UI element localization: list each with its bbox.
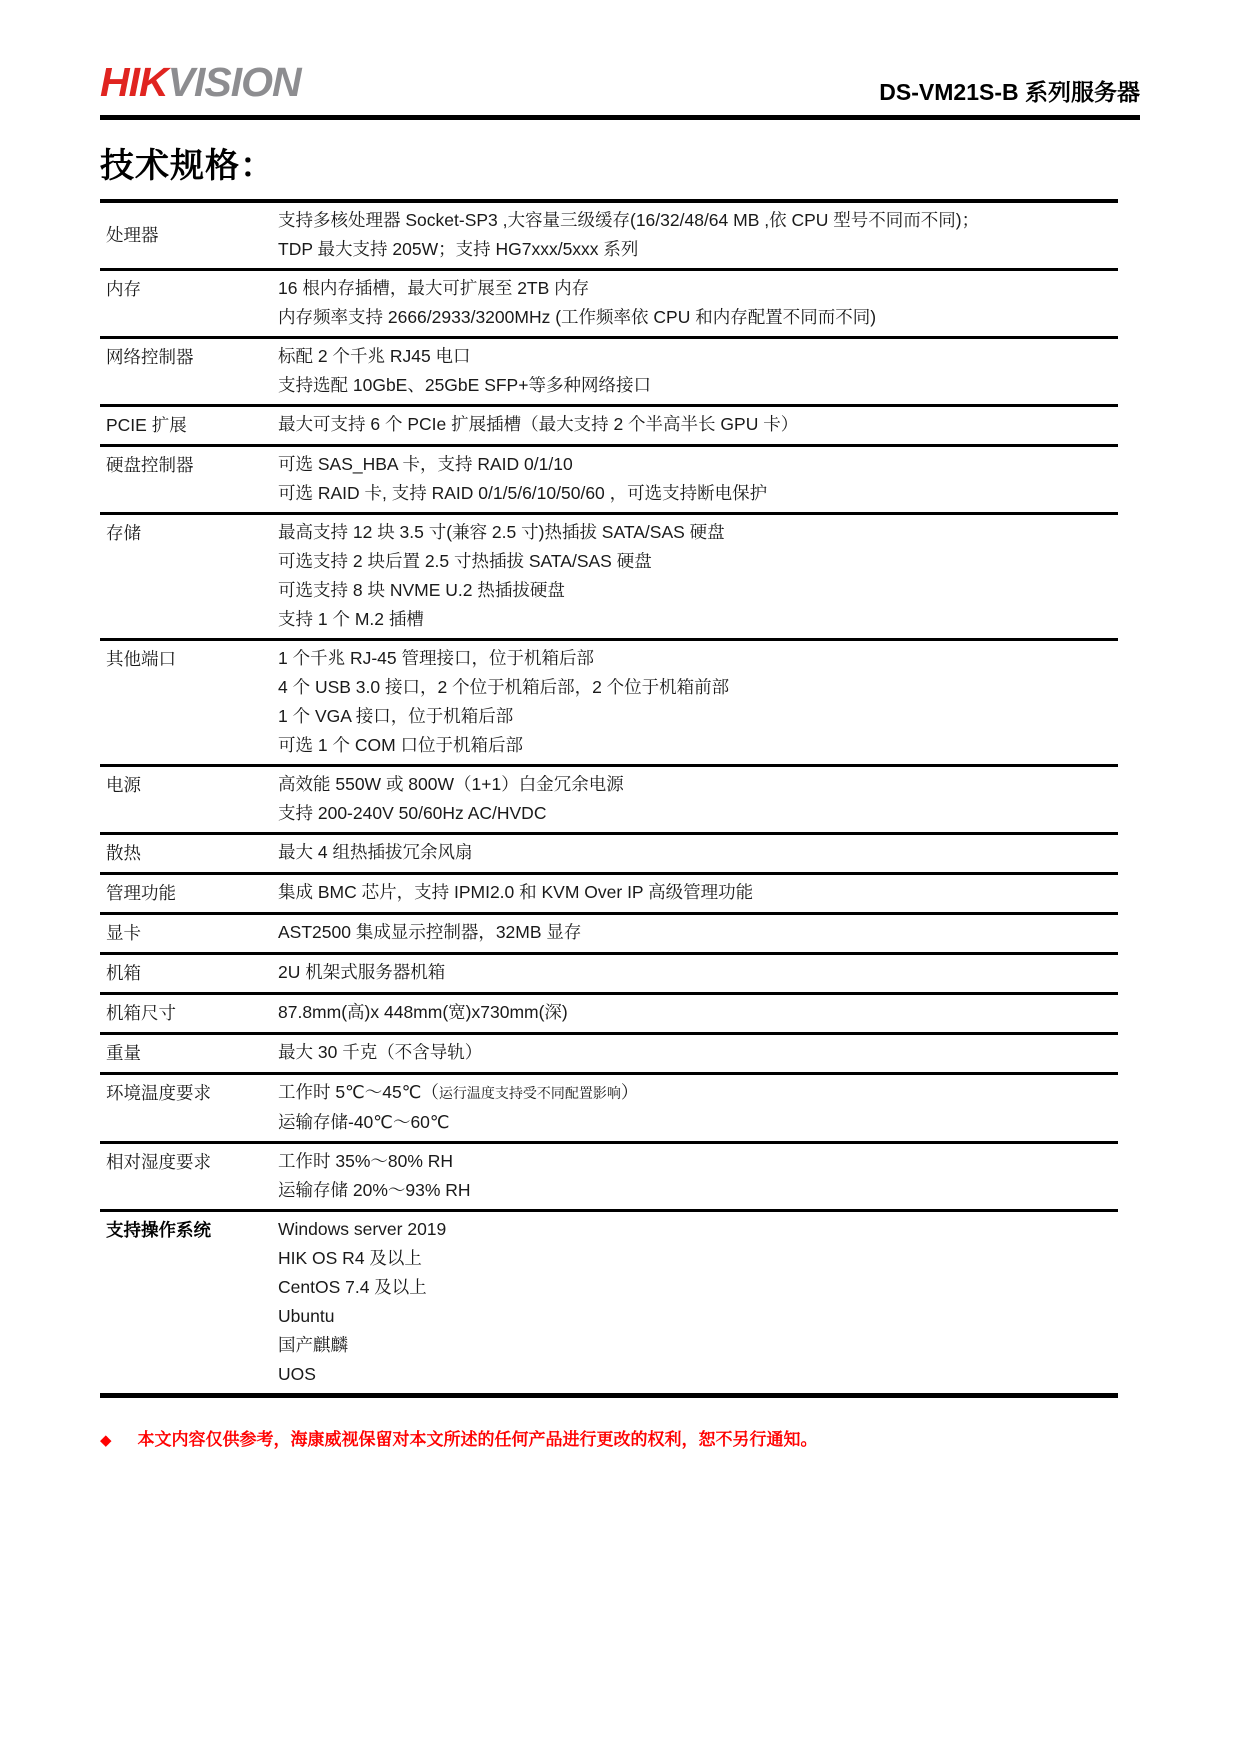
header-divider — [100, 115, 1140, 120]
spec-row: 机箱2U 机架式服务器机箱 — [100, 954, 1118, 994]
spec-value: 集成 BMC 芯片，支持 IPMI2.0 和 KVM Over IP 高级管理功… — [278, 874, 1118, 914]
spec-row: 内存16 根内存插槽，最大可扩展至 2TB 内存内存频率支持 2666/2933… — [100, 270, 1118, 338]
spec-row: 存储最高支持 12 块 3.5 寸(兼容 2.5 寸)热插拔 SATA/SAS … — [100, 514, 1118, 640]
page-header: HIKVISION DS-VM21S-B 系列服务器 — [100, 62, 1140, 113]
spec-value-line: 支持 200-240V 50/60Hz AC/HVDC — [278, 799, 1118, 828]
spec-value-line: 1 个千兆 RJ-45 管理接口，位于机箱后部 — [278, 644, 1118, 673]
spec-table: 处理器支持多核处理器 Socket-SP3 ,大容量三级缓存(16/32/48/… — [100, 199, 1118, 1398]
spec-value: AST2500 集成显示控制器，32MB 显存 — [278, 914, 1118, 954]
spec-value: 工作时 35%～80% RH运输存储 20%～93% RH — [278, 1143, 1118, 1211]
spec-label: 电源 — [100, 766, 278, 834]
spec-value-line: HIK OS R4 及以上 — [278, 1244, 1118, 1273]
page: HIKVISION DS-VM21S-B 系列服务器 技术规格： 处理器支持多核… — [0, 0, 1120, 1398]
spec-label: 网络控制器 — [100, 338, 278, 406]
spec-value-line: 可选支持 2 块后置 2.5 寸热插拔 SATA/SAS 硬盘 — [278, 547, 1118, 576]
spec-row: 硬盘控制器可选 SAS_HBA 卡，支持 RAID 0/1/10可选 RAID … — [100, 446, 1118, 514]
spec-value: 标配 2 个千兆 RJ45 电口支持选配 10GbE、25GbE SFP+等多种… — [278, 338, 1118, 406]
spec-value-line: 可选 SAS_HBA 卡，支持 RAID 0/1/10 — [278, 450, 1118, 479]
spec-row: 显卡AST2500 集成显示控制器，32MB 显存 — [100, 914, 1118, 954]
spec-value-line: UOS — [278, 1360, 1118, 1389]
spec-row: 处理器支持多核处理器 Socket-SP3 ,大容量三级缓存(16/32/48/… — [100, 201, 1118, 270]
spec-value-segment: ） — [621, 1082, 639, 1102]
spec-value-segment: 工作时 5℃～45℃（ — [278, 1082, 439, 1102]
spec-value-line: 支持多核处理器 Socket-SP3 ,大容量三级缓存(16/32/48/64 … — [278, 206, 1118, 235]
spec-row: PCIE 扩展最大可支持 6 个 PCIe 扩展插槽（最大支持 2 个半高半长 … — [100, 406, 1118, 446]
spec-value-line: 最高支持 12 块 3.5 寸(兼容 2.5 寸)热插拔 SATA/SAS 硬盘 — [278, 518, 1118, 547]
spec-label: 机箱尺寸 — [100, 994, 278, 1034]
spec-row: 电源高效能 550W 或 800W（1+1）白金冗余电源支持 200-240V … — [100, 766, 1118, 834]
spec-value-line: Ubuntu — [278, 1302, 1118, 1331]
spec-value: 1 个千兆 RJ-45 管理接口，位于机箱后部4 个 USB 3.0 接口，2 … — [278, 640, 1118, 766]
spec-label: 存储 — [100, 514, 278, 640]
spec-label: 处理器 — [100, 201, 278, 270]
spec-value-line: 支持 1 个 M.2 插槽 — [278, 605, 1118, 634]
spec-value: 87.8mm(高)x 448mm(宽)x730mm(深) — [278, 994, 1118, 1034]
spec-value: 可选 SAS_HBA 卡，支持 RAID 0/1/10可选 RAID 卡, 支持… — [278, 446, 1118, 514]
spec-value-line: 运输存储 20%～93% RH — [278, 1176, 1118, 1205]
spec-label: 支持操作系统 — [100, 1211, 278, 1396]
spec-value: 最高支持 12 块 3.5 寸(兼容 2.5 寸)热插拔 SATA/SAS 硬盘… — [278, 514, 1118, 640]
spec-value-line: 支持选配 10GbE、25GbE SFP+等多种网络接口 — [278, 371, 1118, 400]
spec-value-line: 标配 2 个千兆 RJ45 电口 — [278, 342, 1118, 371]
spec-value: 16 根内存插槽，最大可扩展至 2TB 内存内存频率支持 2666/2933/3… — [278, 270, 1118, 338]
spec-value-line: 可选支持 8 块 NVME U.2 热插拔硬盘 — [278, 576, 1118, 605]
spec-label: 管理功能 — [100, 874, 278, 914]
spec-value-line: 工作时 5℃～45℃（运行温度支持受不同配置影响） — [278, 1078, 1118, 1108]
spec-value-note: 运行温度支持受不同配置影响 — [439, 1085, 621, 1101]
spec-label: 其他端口 — [100, 640, 278, 766]
spec-row: 其他端口1 个千兆 RJ-45 管理接口，位于机箱后部4 个 USB 3.0 接… — [100, 640, 1118, 766]
hikvision-logo: HIKVISION — [100, 62, 301, 113]
spec-label: 散热 — [100, 834, 278, 874]
logo-vision-text: VISION — [168, 59, 301, 105]
spec-value-line: 可选 1 个 COM 口位于机箱后部 — [278, 731, 1118, 760]
spec-value: Windows server 2019HIK OS R4 及以上CentOS 7… — [278, 1211, 1118, 1396]
diamond-bullet-icon: ◆ — [100, 1431, 112, 1449]
footer-disclaimer-text: 本文内容仅供参考，海康威视保留对本文所述的任何产品进行更改的权利，恕不另行通知。 — [138, 1425, 818, 1450]
spec-row: 相对湿度要求工作时 35%～80% RH运输存储 20%～93% RH — [100, 1143, 1118, 1211]
spec-label: 环境温度要求 — [100, 1074, 278, 1143]
spec-row: 环境温度要求工作时 5℃～45℃（运行温度支持受不同配置影响）运输存储-40℃～… — [100, 1074, 1118, 1143]
section-title: 技术规格： — [100, 138, 1120, 187]
spec-value-line: Windows server 2019 — [278, 1215, 1118, 1244]
spec-label: 内存 — [100, 270, 278, 338]
spec-label: 机箱 — [100, 954, 278, 994]
spec-value-line: TDP 最大支持 205W；支持 HG7xxx/5xxx 系列 — [278, 235, 1118, 264]
spec-row: 网络控制器标配 2 个千兆 RJ45 电口支持选配 10GbE、25GbE SF… — [100, 338, 1118, 406]
spec-value-line: AST2500 集成显示控制器，32MB 显存 — [278, 918, 1118, 947]
spec-value-line: 16 根内存插槽，最大可扩展至 2TB 内存 — [278, 274, 1118, 303]
spec-value-line: 最大 30 千克（不含导轨） — [278, 1038, 1118, 1067]
spec-value-line: 高效能 550W 或 800W（1+1）白金冗余电源 — [278, 770, 1118, 799]
spec-value: 最大可支持 6 个 PCIe 扩展插槽（最大支持 2 个半高半长 GPU 卡） — [278, 406, 1118, 446]
spec-row: 支持操作系统Windows server 2019HIK OS R4 及以上Ce… — [100, 1211, 1118, 1396]
spec-value-line: 国产麒麟 — [278, 1331, 1118, 1360]
spec-value: 支持多核处理器 Socket-SP3 ,大容量三级缓存(16/32/48/64 … — [278, 201, 1118, 270]
spec-row: 管理功能集成 BMC 芯片，支持 IPMI2.0 和 KVM Over IP 高… — [100, 874, 1118, 914]
spec-value: 高效能 550W 或 800W（1+1）白金冗余电源支持 200-240V 50… — [278, 766, 1118, 834]
product-series-title: DS-VM21S-B 系列服务器 — [879, 74, 1140, 113]
spec-value-line: 最大可支持 6 个 PCIe 扩展插槽（最大支持 2 个半高半长 GPU 卡） — [278, 410, 1118, 439]
spec-value-line: 最大 4 组热插拔冗余风扇 — [278, 838, 1118, 867]
spec-label: 重量 — [100, 1034, 278, 1074]
spec-value-line: CentOS 7.4 及以上 — [278, 1273, 1118, 1302]
spec-label: PCIE 扩展 — [100, 406, 278, 446]
spec-value-line: 集成 BMC 芯片，支持 IPMI2.0 和 KVM Over IP 高级管理功… — [278, 878, 1118, 907]
spec-value-line: 1 个 VGA 接口，位于机箱后部 — [278, 702, 1118, 731]
spec-value-line: 可选 RAID 卡, 支持 RAID 0/1/5/6/10/50/60 ，可选支… — [278, 479, 1118, 508]
spec-value-line: 工作时 35%～80% RH — [278, 1147, 1118, 1176]
spec-label: 硬盘控制器 — [100, 446, 278, 514]
spec-value: 最大 30 千克（不含导轨） — [278, 1034, 1118, 1074]
spec-label: 相对湿度要求 — [100, 1143, 278, 1211]
spec-row: 重量最大 30 千克（不含导轨） — [100, 1034, 1118, 1074]
spec-value-line: 内存频率支持 2666/2933/3200MHz (工作频率依 CPU 和内存配… — [278, 303, 1118, 332]
spec-value: 2U 机架式服务器机箱 — [278, 954, 1118, 994]
spec-value: 工作时 5℃～45℃（运行温度支持受不同配置影响）运输存储-40℃～60℃ — [278, 1074, 1118, 1143]
spec-table-body: 处理器支持多核处理器 Socket-SP3 ,大容量三级缓存(16/32/48/… — [100, 201, 1118, 1396]
spec-value-line: 4 个 USB 3.0 接口，2 个位于机箱后部，2 个位于机箱前部 — [278, 673, 1118, 702]
spec-row: 机箱尺寸87.8mm(高)x 448mm(宽)x730mm(深) — [100, 994, 1118, 1034]
spec-value-line: 87.8mm(高)x 448mm(宽)x730mm(深) — [278, 998, 1118, 1027]
logo-hik-text: HIK — [100, 59, 168, 105]
footer-disclaimer: ◆ 本文内容仅供参考，海康威视保留对本文所述的任何产品进行更改的权利，恕不另行通… — [100, 1425, 1140, 1450]
spec-value: 最大 4 组热插拔冗余风扇 — [278, 834, 1118, 874]
spec-value-line: 运输存储-40℃～60℃ — [278, 1108, 1118, 1137]
spec-label: 显卡 — [100, 914, 278, 954]
spec-row: 散热最大 4 组热插拔冗余风扇 — [100, 834, 1118, 874]
spec-value-line: 2U 机架式服务器机箱 — [278, 958, 1118, 987]
